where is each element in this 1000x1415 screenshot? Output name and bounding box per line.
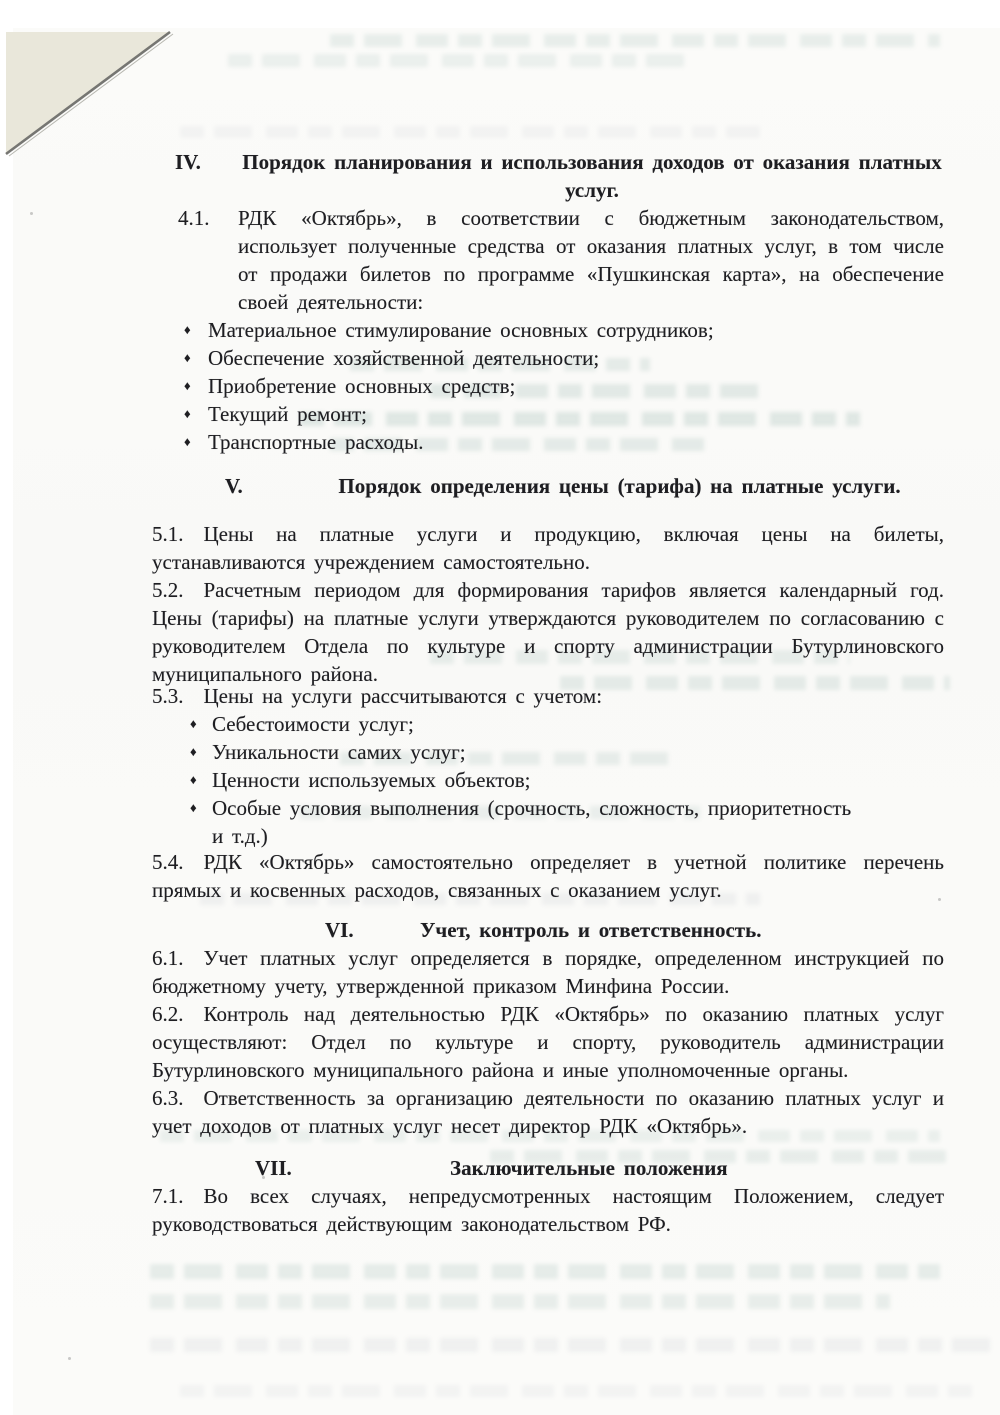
clause-5-1: 5.1.Цены на платные услуги и продукцию, …: [152, 520, 944, 576]
section-4-title: Порядок планирования и использования дох…: [240, 148, 944, 204]
bullet-text: Уникальности самих услуг;: [212, 738, 466, 766]
bullet-text: Особые условия выполнения (срочность, сл…: [212, 794, 860, 850]
bullet-text: Приобретение основных средств;: [208, 372, 515, 400]
clause-5-2-text: Расчетным периодом для формирования тари…: [152, 578, 944, 686]
clause-5-3-number: 5.3.: [152, 684, 184, 708]
list-item: ♦ Обеспечение хозяйственной деятельности…: [152, 344, 944, 372]
bullet-diamond-icon: ♦: [184, 372, 208, 400]
clause-4-1: 4.1. РДК «Октябрь», в соответствии с бюд…: [152, 204, 944, 316]
clause-6-3: 6.3.Ответственность за организацию деяте…: [152, 1084, 944, 1140]
list-item: ♦ Материальное стимулирование основных с…: [152, 316, 944, 344]
bullet-diamond-icon: ♦: [184, 400, 208, 428]
clause-5-4-number: 5.4.: [152, 850, 184, 874]
list-item: ♦ Себестоимости услуг;: [152, 710, 944, 738]
clause-7-1: 7.1.Во всех случаях, непредусмотренных н…: [152, 1182, 944, 1238]
clause-5-3-text: Цены на услуги рассчитываются с учетом:: [204, 684, 603, 708]
clause-4-1-text: РДК «Октябрь», в соответствии с бюджетны…: [238, 204, 944, 316]
section-6-number: VI.: [152, 916, 420, 944]
bullet-text: Себестоимости услуг;: [212, 710, 414, 738]
bullet-diamond-icon: ♦: [190, 738, 212, 766]
section-6-heading: VI. Учет, контроль и ответственность.: [152, 916, 944, 944]
section-4-bullet-list: ♦ Материальное стимулирование основных с…: [152, 316, 944, 456]
bullet-diamond-icon: ♦: [190, 710, 212, 738]
clause-5-4-text: РДК «Октябрь» самостоятельно определяет …: [152, 850, 944, 902]
section-7-title: Заключительные положения: [450, 1154, 728, 1182]
clause-6-3-text: Ответственность за организацию деятельно…: [152, 1086, 944, 1138]
list-item: ♦ Уникальности самих услуг;: [152, 738, 944, 766]
section-7-number: VII.: [152, 1154, 450, 1182]
bullet-diamond-icon: ♦: [184, 316, 208, 344]
clause-6-3-number: 6.3.: [152, 1086, 184, 1110]
bullet-text: Материальное стимулирование основных сот…: [208, 316, 714, 344]
dust-speck: [68, 1357, 71, 1360]
clause-7-1-number: 7.1.: [152, 1184, 184, 1208]
clause-5-4: 5.4.РДК «Октябрь» самостоятельно определ…: [152, 848, 944, 904]
bullet-text: Ценности используемых объектов;: [212, 766, 531, 794]
clause-7-1-text: Во всех случаях, непредусмотренных насто…: [152, 1184, 944, 1236]
scanned-document: { "doc": { "bullet_glyph": "♦", "section…: [0, 0, 1000, 1415]
section-5-title: Порядок определения цены (тарифа) на пла…: [295, 472, 944, 500]
clause-5-2-number: 5.2.: [152, 578, 184, 602]
clause-4-1-number: 4.1.: [178, 204, 238, 316]
section-5-heading: V. Порядок определения цены (тарифа) на …: [152, 472, 944, 500]
clause-6-1: 6.1.Учет платных услуг определяется в по…: [152, 944, 944, 1000]
clause-5-1-text: Цены на платные услуги и продукцию, вклю…: [152, 522, 944, 574]
section-5-number: V.: [152, 472, 295, 500]
list-item: ♦ Приобретение основных средств;: [152, 372, 944, 400]
bullet-text: Текущий ремонт;: [208, 400, 367, 428]
section-7-heading: VII. Заключительные положения: [152, 1154, 944, 1182]
clause-6-2: 6.2.Контроль над деятельностью РДК «Октя…: [152, 1000, 944, 1084]
clause-6-1-text: Учет платных услуг определяется в порядк…: [152, 946, 944, 998]
document-body: IV. Порядок планирования и использования…: [152, 0, 944, 1238]
bullet-diamond-icon: ♦: [184, 428, 208, 456]
dust-speck: [30, 212, 33, 215]
section-5-bullet-list: ♦ Себестоимости услуг; ♦ Уникальности са…: [152, 710, 944, 850]
section-4-heading: IV. Порядок планирования и использования…: [152, 148, 944, 204]
section-6-title: Учет, контроль и ответственность.: [420, 916, 761, 944]
clause-5-2: 5.2.Расчетным периодом для формирования …: [152, 576, 944, 688]
clause-6-2-text: Контроль над деятельностью РДК «Октябрь»…: [152, 1002, 944, 1082]
bullet-diamond-icon: ♦: [190, 766, 212, 794]
bullet-diamond-icon: ♦: [190, 794, 212, 850]
clause-6-2-number: 6.2.: [152, 1002, 184, 1026]
list-item: ♦ Особые условия выполнения (срочность, …: [152, 794, 944, 850]
list-item: ♦ Текущий ремонт;: [152, 400, 944, 428]
clause-5-3: 5.3.Цены на услуги рассчитываются с учет…: [152, 682, 944, 710]
bullet-text: Обеспечение хозяйственной деятельности;: [208, 344, 599, 372]
list-item: ♦ Транспортные расходы.: [152, 428, 944, 456]
bullet-text: Транспортные расходы.: [208, 428, 423, 456]
list-item: ♦ Ценности используемых объектов;: [152, 766, 944, 794]
clause-5-1-number: 5.1.: [152, 522, 184, 546]
clause-6-1-number: 6.1.: [152, 946, 184, 970]
section-4-number: IV.: [152, 148, 240, 204]
bullet-diamond-icon: ♦: [184, 344, 208, 372]
